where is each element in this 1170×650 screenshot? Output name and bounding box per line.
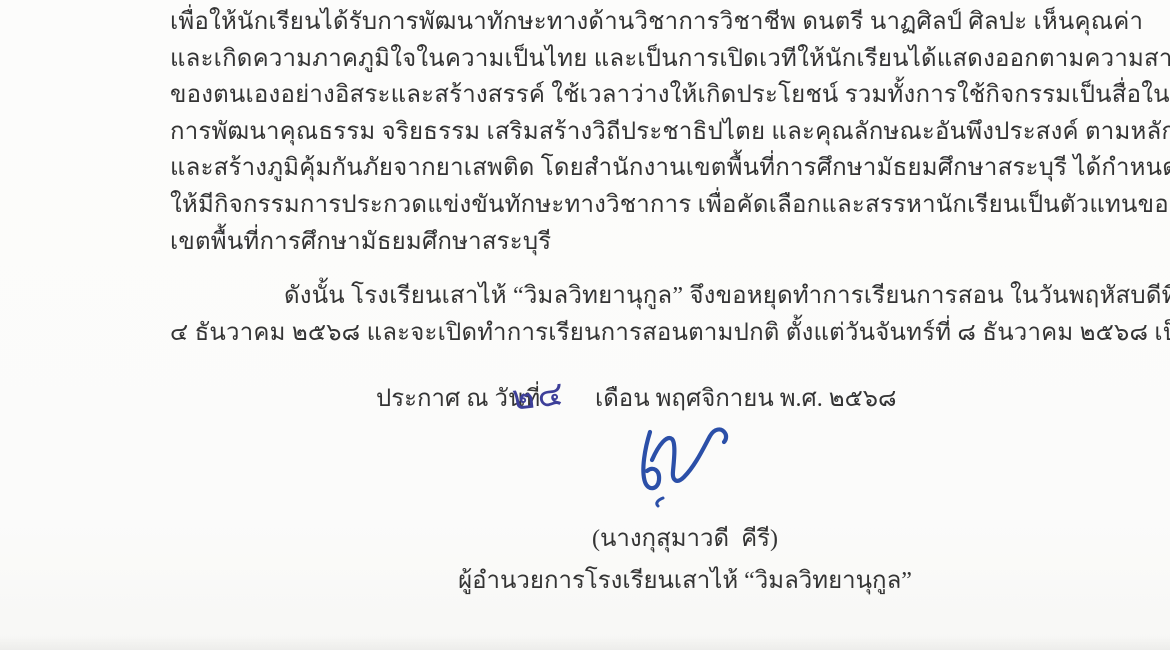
paragraph-2-line: ๔ ธันวาคม ๒๕๖๘ และจะเปิดทำการเรียนการสอน…: [170, 315, 1108, 352]
date-suffix: เดือน พฤศจิกายน พ.ศ. ๒๕๖๘: [595, 378, 897, 417]
paragraph-1-line: และสร้างภูมิคุ้มกันภัยจากยาเสพติด โดยสำน…: [170, 150, 1108, 187]
paragraph-1-line: การพัฒนาคุณธรรม จริยธรรม เสริมสร้างวิถีป…: [170, 114, 1108, 151]
signer-name: (นางกุสุมาวดี คีรี): [425, 518, 945, 557]
body-text: เพื่อให้นักเรียนได้รับการพัฒนาทักษะทางด้…: [170, 4, 1108, 351]
signer-title: ผู้อำนวยการโรงเรียนเสาไห้ “วิมลวิทยานุกู…: [425, 560, 945, 599]
signature-block: (นางกุสุมาวดี คีรี) ผู้อำนวยการโรงเรียนเ…: [425, 418, 945, 599]
paragraph-2: ดังนั้น โรงเรียนเสาไห้ “วิมลวิทยานุกูล” …: [170, 278, 1108, 351]
scanned-announcement-page: เพื่อให้นักเรียนได้รับการพัฒนาทักษะทางด้…: [0, 0, 1170, 650]
paragraph-1-line: ของตนเองอย่างอิสระและสร้างสรรค์ ใช้เวลาว…: [170, 77, 1108, 114]
handwritten-day-number: ๒๔: [509, 365, 569, 424]
paragraph-1: เพื่อให้นักเรียนได้รับการพัฒนาทักษะทางด้…: [170, 4, 1108, 260]
paragraph-1-line: เพื่อให้นักเรียนได้รับการพัฒนาทักษะทางด้…: [170, 4, 1108, 41]
paragraph-1-line: เขตพื้นที่การศึกษามัธยมศึกษาสระบุรี: [170, 224, 1108, 261]
paragraph-2-line: ดังนั้น โรงเรียนเสาไห้ “วิมลวิทยานุกูล” …: [170, 278, 1108, 315]
signature-ink-icon: [615, 418, 755, 510]
paragraph-1-line: และเกิดความภาคภูมิใจในความเป็นไทย และเป็…: [170, 41, 1108, 78]
scan-shadow: [0, 636, 1170, 650]
paragraph-1-line: ให้มีกิจกรรมการประกวดแข่งขันทักษะทางวิชา…: [170, 187, 1108, 224]
